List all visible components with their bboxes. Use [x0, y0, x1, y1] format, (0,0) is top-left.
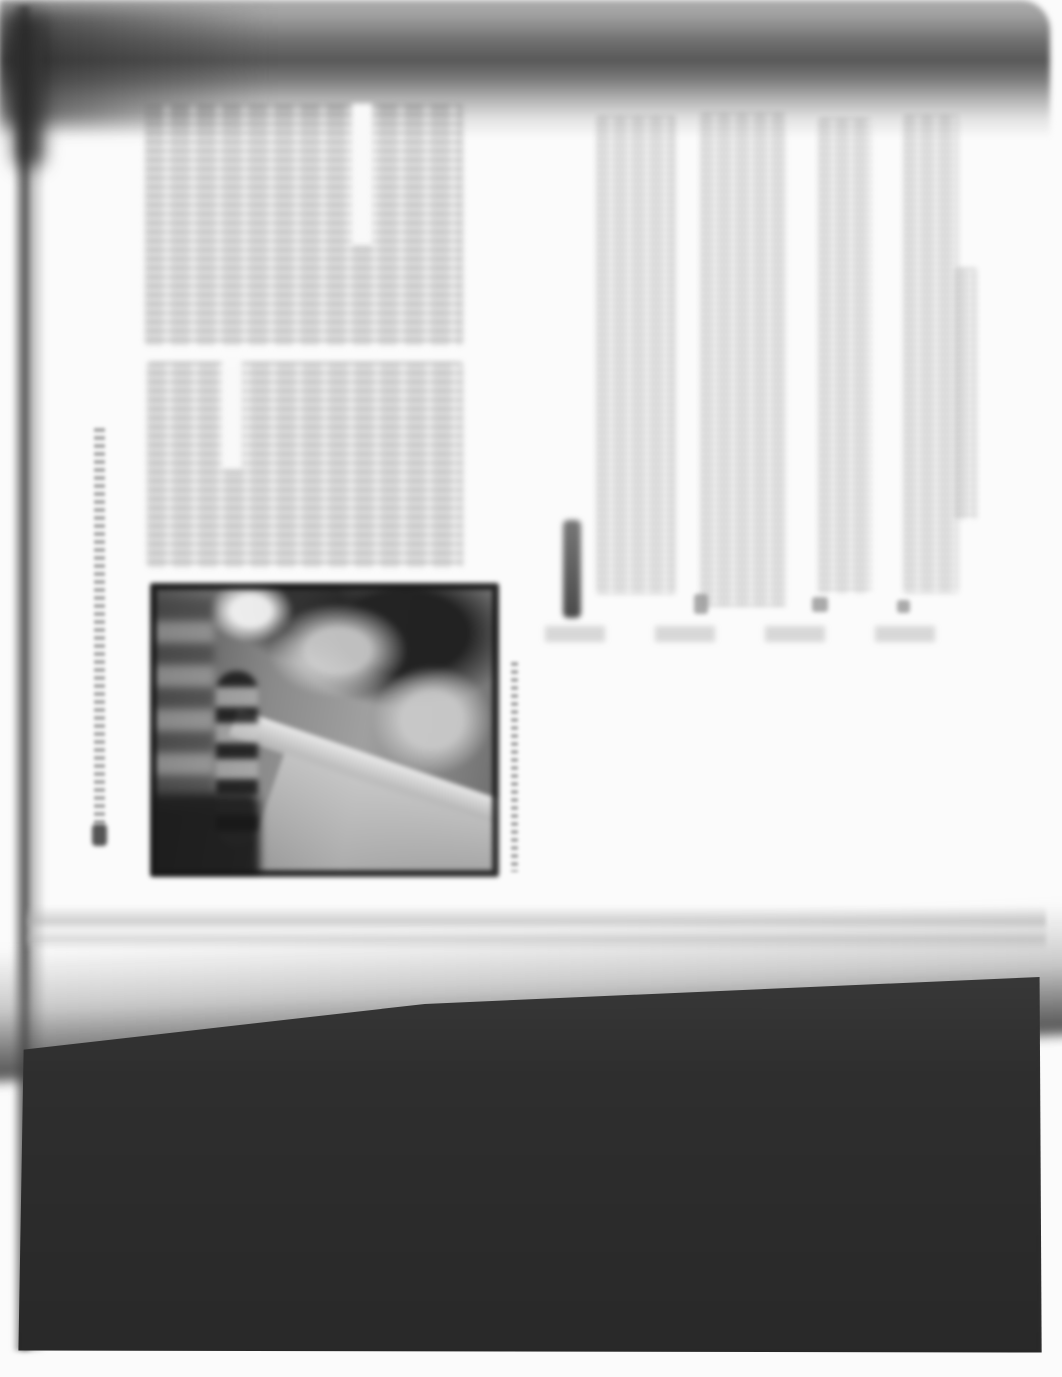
right-column-1: [596, 116, 676, 594]
column-bottom-tick: [694, 594, 708, 614]
paragraph-gap: [222, 362, 242, 470]
column-bottom-tick: [812, 597, 828, 612]
column-gutter: [352, 104, 372, 244]
folio-mark: [92, 824, 107, 846]
text-block-a: [145, 104, 463, 346]
photo-side-caption: [511, 662, 518, 872]
halftone-photograph: [150, 583, 499, 877]
footer-smudge-row: [545, 626, 985, 642]
right-column-3: [818, 118, 872, 594]
text-block-b: [147, 362, 463, 568]
photo-dark-border: [150, 583, 499, 877]
blurred-book-page-photo: [0, 0, 1062, 1377]
right-column-2: [700, 113, 786, 607]
right-column-4: [903, 115, 959, 593]
margin-caption: [94, 428, 105, 826]
side-dash: [563, 520, 581, 618]
right-column-4-extension: [955, 268, 977, 520]
column-bottom-tick: [897, 600, 910, 613]
left-book-edge-corner-shadow: [14, 12, 44, 167]
